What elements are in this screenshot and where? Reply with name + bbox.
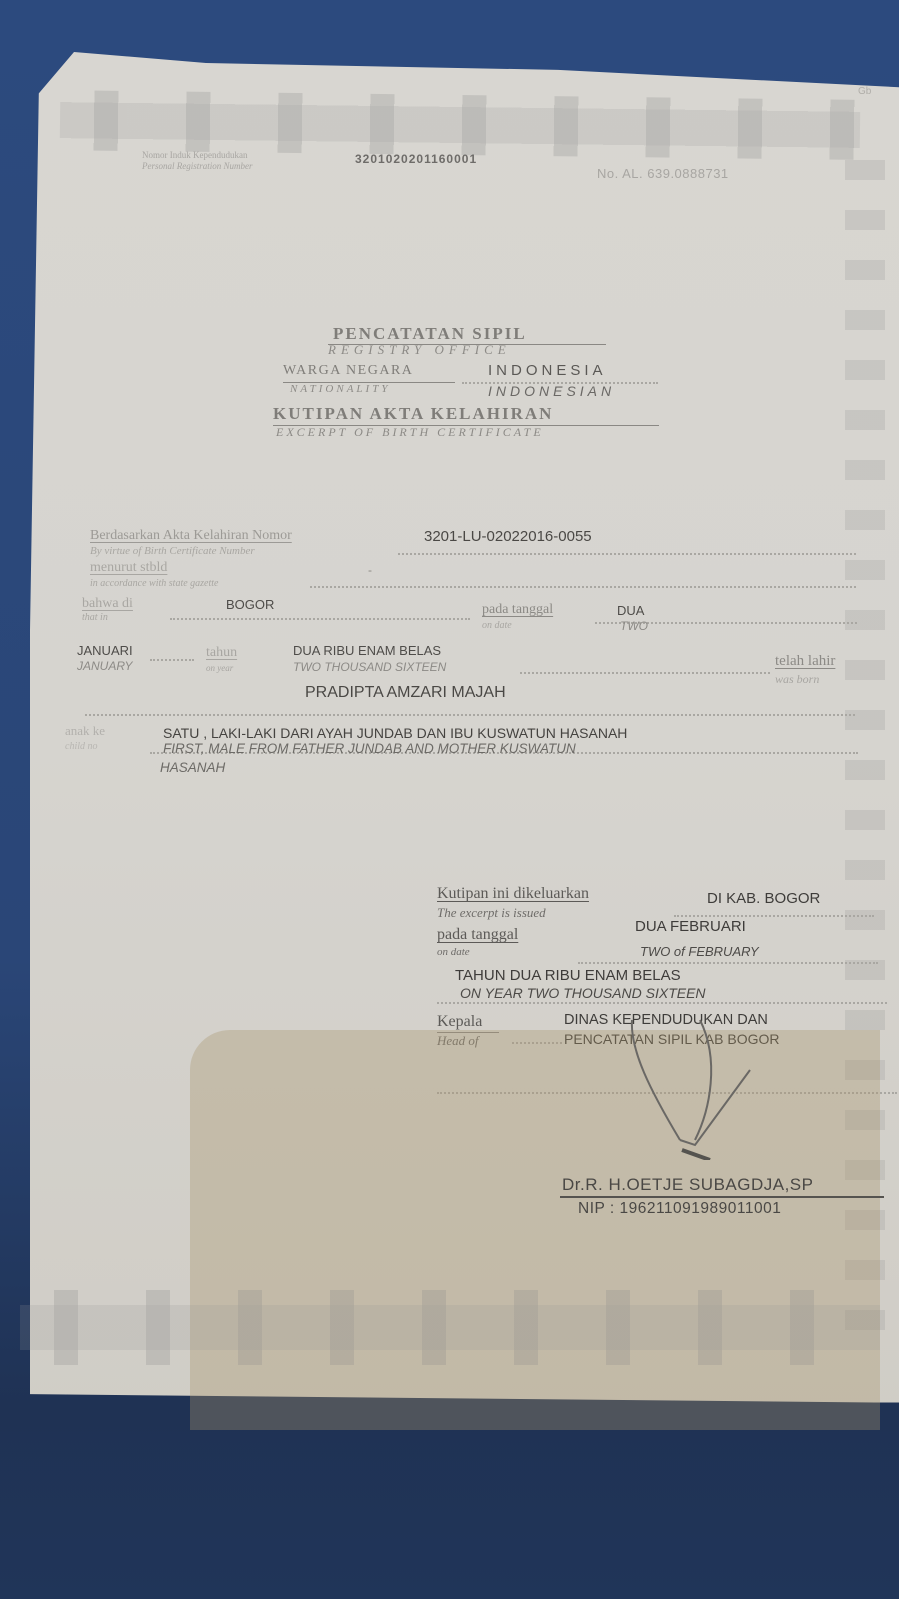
- issued-date: DUA FEBRUARI: [635, 918, 746, 935]
- cert-number-label-en: By virtue of Birth Certificate Number: [90, 545, 255, 557]
- nik-label-id: Nomor Induk Kependudukan: [142, 150, 247, 160]
- child-no-label: anak ke: [65, 723, 105, 739]
- issued-date-label-en: on date: [437, 946, 470, 958]
- issued-date-en: TWO of FEBRUARY: [640, 944, 759, 959]
- issued-label: Kutipan ini dikeluarkan: [437, 885, 589, 903]
- child-description-en-1: FIRST, MALE FROM FATHER JUNDAB AND MOTHE…: [163, 741, 576, 756]
- official-nip: NIP : 196211091989011001: [578, 1200, 781, 1218]
- head-label: Kepala: [437, 1013, 482, 1031]
- issued-place: DI KAB. BOGOR: [707, 890, 820, 907]
- official-name: Dr.R. H.OETJE SUBAGDJA,SP: [562, 1175, 814, 1195]
- stbld-label: menurut stbld: [90, 560, 167, 576]
- issued-label-en: The excerpt is issued: [437, 905, 546, 921]
- stbld-label-en: in accordance with state gazette: [90, 578, 219, 589]
- cert-number-label: Berdasarkan Akta Kelahiran Nomor: [90, 528, 292, 544]
- year-value-en: TWO THOUSAND SIXTEEN: [293, 660, 446, 674]
- cert-number-value: 3201-LU-02022016-0055: [424, 528, 592, 545]
- child-no-label-en: child no: [65, 741, 98, 752]
- document-title: KUTIPAN AKTA KELAHIRAN: [273, 404, 553, 424]
- year-label-en: on year: [206, 663, 233, 673]
- place-label-en: that in: [82, 612, 108, 623]
- date-label-en: on date: [482, 620, 512, 631]
- child-description-en-2: HASANAH: [160, 760, 225, 775]
- nationality-value-en: INDONESIAN: [488, 383, 615, 399]
- born-label: telah lahir: [775, 653, 835, 670]
- month-value: JANUARI: [77, 643, 133, 658]
- day-value: DUA: [617, 603, 644, 618]
- decorative-border-bottom: [20, 1290, 880, 1365]
- day-value-en: TWO: [620, 619, 648, 633]
- born-label-en: was born: [775, 672, 819, 687]
- document-subtitle: EXCERPT OF BIRTH CERTIFICATE: [276, 425, 544, 440]
- nationality-label: WARGA NEGARA: [283, 363, 413, 379]
- place-label: bahwa di: [82, 596, 133, 612]
- place-value: BOGOR: [226, 597, 274, 612]
- month-value-en: JANUARY: [77, 659, 133, 673]
- office-subtitle: REGISTRY OFFICE: [328, 342, 511, 358]
- office-title: PENCATATAN SIPIL: [333, 324, 527, 344]
- nationality-label-en: NATIONALITY: [290, 383, 390, 395]
- nationality-value: INDONESIA: [488, 362, 607, 379]
- year-label: tahun: [206, 645, 237, 661]
- nik-value: 3201020201160001: [355, 152, 477, 166]
- nik-label-en: Personal Registration Number: [142, 161, 253, 171]
- signature-mark: [600, 960, 800, 1160]
- date-label: pada tanggal: [482, 602, 553, 618]
- corner-mark: Gb: [858, 86, 871, 97]
- child-description: SATU , LAKI-LAKI DARI AYAH JUNDAB DAN IB…: [163, 725, 627, 741]
- issued-date-label: pada tanggal: [437, 926, 518, 944]
- serial-number: No. AL. 639.0888731: [597, 166, 729, 181]
- child-name: PRADIPTA AMZARI MAJAH: [305, 684, 506, 702]
- year-value: DUA RIBU ENAM BELAS: [293, 643, 441, 658]
- stbld-value: -: [368, 563, 372, 577]
